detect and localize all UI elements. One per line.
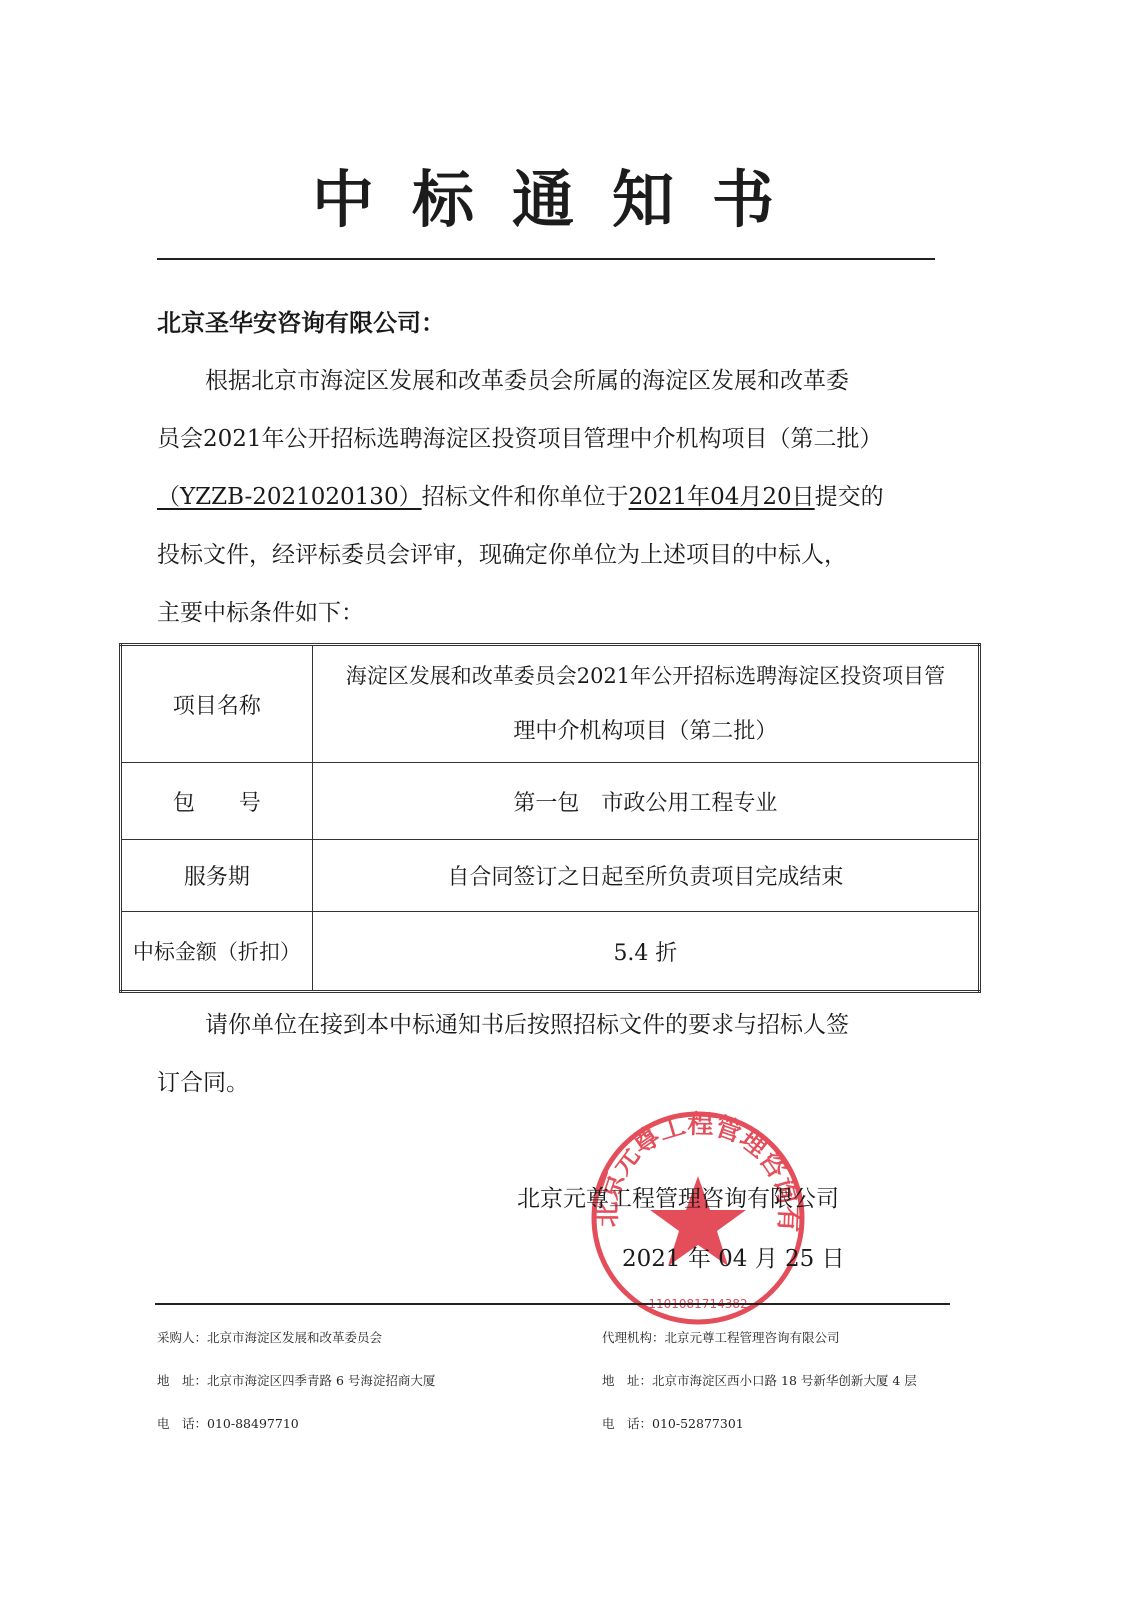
agency-phone: 电 话：010-52877301 (602, 1414, 744, 1432)
body-line-2: 员会2021年公开招标选聘海淀区投资项目管理中介机构项目（第二批） (157, 410, 947, 468)
footer-divider (155, 1303, 950, 1305)
svg-text:北京元尊工程管理咨询有限公司: 北京元尊工程管理咨询有限公司 (588, 1108, 803, 1233)
purchaser-value: 北京市海淀区发展和改革委员会 (207, 1330, 382, 1345)
addressee: 北京圣华安咨询有限公司： (157, 303, 445, 338)
address-label: 地 址： (157, 1373, 207, 1388)
purchaser-address: 地 址：北京市海淀区四季青路 6 号海淀招商大厦 (157, 1371, 435, 1389)
address-value: 北京市海淀区四季青路 6 号海淀招商大厦 (207, 1373, 435, 1388)
address-label: 地 址： (602, 1373, 652, 1388)
row-label: 包 号 (121, 763, 313, 840)
package-value: 第一包 市政公用工程专业 (312, 763, 979, 840)
agency-name: 代理机构：北京元尊工程管理咨询有限公司 (602, 1328, 840, 1346)
body-line-4: 投标文件，经评标委员会评审，现确定你单位为上述项目的中标人， (157, 526, 947, 584)
phone-value: 010-88497710 (207, 1416, 299, 1431)
table-row: 服务期 自合同签订之日起至所负责项目完成结束 (121, 840, 980, 912)
body-line-3: （YZZB-2021020130）招标文件和你单位于2021年04月20日提交的 (157, 468, 947, 526)
phone-value: 010-52877301 (652, 1416, 744, 1431)
signing-date: 2021 年 04 月 25 日 (622, 1240, 845, 1273)
agency-value: 北京元尊工程管理咨询有限公司 (665, 1330, 840, 1345)
row-label: 中标金额（折扣） (121, 912, 313, 992)
purchaser-name: 采购人：北京市海淀区发展和改革委员会 (157, 1328, 382, 1346)
body-line-3-mid: 招标文件和你单位于 (422, 484, 629, 510)
closing-line-1: 请你单位在接到本中标通知书后按照招标文件的要求与招标人签 (157, 996, 947, 1054)
company-seal-icon: 北京元尊工程管理咨询有限公司 1101081714382 (588, 1108, 808, 1328)
phone-label: 电 话： (157, 1416, 207, 1431)
body-line-3-end: 提交的 (815, 484, 884, 510)
body-line-5: 主要中标条件如下： (157, 584, 947, 642)
phone-label: 电 话： (602, 1416, 652, 1431)
document-title: 中标通知书 (0, 150, 1124, 239)
closing-text: 请你单位在接到本中标通知书后按照招标文件的要求与招标人签 订合同。 (157, 996, 947, 1112)
agency-address: 地 址：北京市海淀区西小口路 18 号新华创新大厦 4 层 (602, 1371, 917, 1389)
award-discount-value: 5.4 折 (312, 912, 979, 992)
project-name-line-2: 理中介机构项目（第二批） (314, 704, 977, 760)
table-row: 项目名称 海淀区发展和改革委员会2021年公开招标选聘海淀区投资项目管 理中介机… (121, 645, 980, 763)
service-period-value: 自合同签订之日起至所负责项目完成结束 (312, 840, 979, 912)
notice-body: 根据北京市海淀区发展和改革委员会所属的海淀区发展和改革委 员会2021年公开招标… (157, 352, 947, 642)
agency-label: 代理机构： (602, 1330, 665, 1345)
row-label: 项目名称 (121, 645, 313, 763)
table-row: 包 号 第一包 市政公用工程专业 (121, 763, 980, 840)
purchaser-phone: 电 话：010-88497710 (157, 1414, 299, 1432)
signing-company: 北京元尊工程管理咨询有限公司 (517, 1180, 839, 1213)
row-value: 海淀区发展和改革委员会2021年公开招标选聘海淀区投资项目管 理中介机构项目（第… (312, 645, 979, 763)
table-row: 中标金额（折扣） 5.4 折 (121, 912, 980, 992)
title-divider (157, 258, 935, 260)
purchaser-label: 采购人： (157, 1330, 207, 1345)
submission-date: 2021年04月20日 (629, 484, 815, 510)
closing-line-2: 订合同。 (157, 1054, 947, 1112)
body-line-1: 根据北京市海淀区发展和改革委员会所属的海淀区发展和改革委 (157, 352, 947, 410)
address-value: 北京市海淀区西小口路 18 号新华创新大厦 4 层 (652, 1373, 917, 1388)
project-name-line-1: 海淀区发展和改革委员会2021年公开招标选聘海淀区投资项目管 (314, 648, 977, 704)
row-label: 服务期 (121, 840, 313, 912)
project-code: （YZZB-2021020130） (157, 484, 422, 510)
award-terms-table: 项目名称 海淀区发展和改革委员会2021年公开招标选聘海淀区投资项目管 理中介机… (119, 643, 981, 993)
